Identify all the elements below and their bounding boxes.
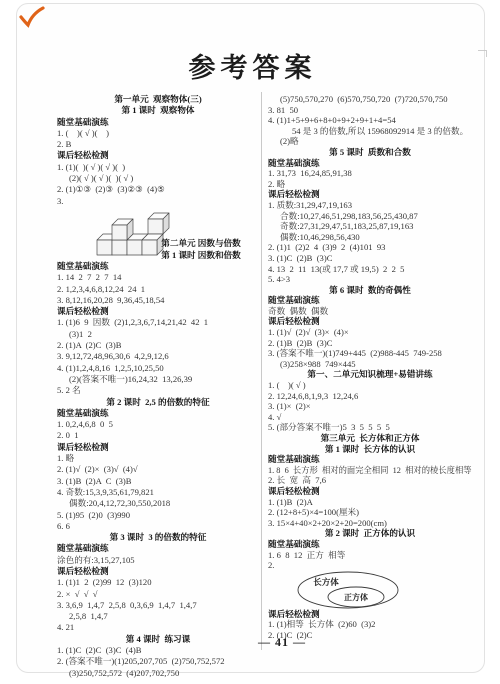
answer-line: 3. 15×4+40×2+20×2+20=200(cm) — [268, 518, 472, 529]
answer-line: 4. (1)1+5+9+6+8+0+9+2+9+1+4=54 — [268, 115, 472, 126]
answer-line: (2)( √ )( √ )( )( √ ) — [57, 173, 259, 184]
text: 4. (1)1,2,4,8,16 1,2,5,10,25,50 — [57, 363, 164, 374]
text: 偶数:20,4,12,72,30,550,2018 — [69, 498, 170, 509]
lesson-heading: 第一、二单元知识梳理+易错讲练 — [268, 369, 472, 380]
sec-heading: 随堂基础演练 — [57, 117, 259, 128]
answer-line: 1. (1)6 9 因数 (2)1,2,3,6,7,14,21,42 42 1 — [57, 317, 259, 328]
lesson-heading: 第 2 课时 2,5 的倍数的特征 — [57, 397, 259, 408]
answer-line: 2. 0 1 — [57, 430, 259, 441]
answer-line: 3. 8,12,16,20,28 9,36,45,18,54 — [57, 295, 259, 306]
text: 1. (1)6 9 因数 (2)1,2,3,6,7,14,21,42 42 1 — [57, 317, 208, 328]
answer-line: 4. 奇数:15,3,9,35,61,79,821 — [57, 487, 259, 498]
text: 2. (1)√ (2)× (3)√ (4)√ — [57, 464, 138, 475]
text: 2. (1)A (2)C (3)B — [57, 340, 121, 351]
answer-line: 5. (1)95 (2)0 (3)990 — [57, 510, 259, 521]
text: 2. (1)①③ (2)③ (3)②③ (4)⑤ — [57, 184, 165, 195]
answer-line: 1. 略 — [57, 453, 259, 464]
sec-heading: 随堂基础演练 — [268, 158, 472, 169]
text: 随堂基础演练 — [57, 543, 109, 554]
text: 第 2 课时 2,5 的倍数的特征 — [106, 397, 209, 408]
answer-line: 2. 长 宽 高 7,6 — [268, 475, 472, 486]
text: 3. 8,12,16,20,28 9,36,45,18,54 — [57, 295, 164, 306]
text: 第一单元 观察物体(三) — [114, 94, 201, 105]
answer-line: 1. (1)( )( √ )( √ )( ) — [57, 162, 259, 173]
text: 5. 4>3 — [268, 274, 290, 285]
answer-line: 3. 81 50 — [268, 105, 472, 116]
sec-heading: 课后轻松检测 — [57, 306, 259, 317]
lesson-heading: 第 4 课时 练习课 — [57, 634, 259, 645]
answer-line: 1. 8 6 长方形 相对的面完全相同 12 相对的棱长度相等 — [268, 465, 472, 476]
text: 课后轻松检测 — [268, 486, 320, 497]
page-number: — 41 — — [250, 635, 314, 650]
orange-check-mark — [18, 5, 46, 34]
answer-line: 4. √ — [268, 412, 472, 423]
text: 奇数:27,31,29,47,51,183,25,87,19,163 — [280, 221, 413, 232]
text: 第 3 课时 3 的倍数的特征 — [110, 532, 207, 543]
lesson-heading: 第 6 课时 数的奇偶性 — [268, 285, 472, 296]
answer-line: (2)略 — [268, 136, 472, 147]
answer-line: 2. × √ √ √ — [57, 589, 259, 600]
column-divider — [261, 92, 262, 650]
answer-line: 奇数 偶数 偶数 — [268, 306, 472, 317]
text: 第 1 课时 长方体的认识 — [325, 444, 415, 455]
answer-line: 涂色的有:3,15,27,105 — [57, 555, 259, 566]
answer-line: 2. (1)A (2)C (3)B — [57, 340, 259, 351]
text: 课后轻松检测 — [57, 442, 109, 453]
venn-figure: 长方体正方体 — [268, 571, 472, 609]
text: 2. (12+8+5)×4=100(厘米) — [268, 507, 359, 518]
answer-line: 6. 6 — [57, 521, 259, 532]
text: 2. 0 1 — [57, 430, 78, 441]
text: 随堂基础演练 — [268, 454, 320, 465]
text: 2. 长 宽 高 7,6 — [268, 475, 326, 486]
text: 3. 81 50 — [268, 105, 298, 116]
text: 2. 12,24,6,8,1,9,3 12,24,6 — [268, 391, 358, 402]
text: 课后轻松检测 — [268, 189, 320, 200]
answer-line: 2. (1)√ (2)× (3)√ (4)√ — [57, 464, 259, 475]
answer-line: 2. B — [57, 139, 259, 150]
text: 1. 14 2 7 2 7 14 — [57, 272, 121, 283]
text: 4. 奇数:15,3,9,35,61,79,821 — [57, 487, 154, 498]
text: 随堂基础演练 — [268, 158, 320, 169]
unit-heading: 第二单元 因数与倍数 — [141, 238, 261, 249]
answers-column-left: 第一单元 观察物体(三)第 1 课时 观察物体随堂基础演练1. ( )( √ )… — [57, 94, 259, 679]
text: 随堂基础演练 — [57, 408, 109, 419]
text: 5. (1)95 (2)0 (3)990 — [57, 510, 130, 521]
answer-line: 3. (1)C (2)B (3)C — [268, 253, 472, 264]
sec-heading: 课后轻松检测 — [268, 189, 472, 200]
answer-line: 2. (答案不唯一)(1)205,207,705 (2)750,752,572 — [57, 656, 259, 667]
text: 第 1 课时 观察物体 — [121, 105, 194, 116]
text: 2. B — [57, 139, 71, 150]
text: 1. 31,73 16,24,85,91,38 — [268, 168, 352, 179]
answer-line: 1. (1)B (2)A — [268, 497, 472, 508]
text: 第 5 课时 质数和合数 — [329, 147, 411, 158]
text: 3. 9,12,72,48,96,30,6 4,2,9,12,6 — [57, 351, 169, 362]
text: 4. √ — [268, 412, 281, 423]
answer-line: 5. 2 名 — [57, 385, 259, 396]
answer-line: 4. 21 — [57, 622, 259, 633]
sec-heading: 随堂基础演练 — [268, 454, 472, 465]
text: (2)( √ )( √ )( )( √ ) — [69, 173, 133, 184]
text: 随堂基础演练 — [268, 295, 320, 306]
text: 课后轻松检测 — [268, 316, 320, 327]
svg-text:长方体: 长方体 — [313, 577, 339, 587]
text: 4. (1)1+5+9+6+8+0+9+2+9+1+4=54 — [268, 115, 396, 126]
answer-line: 3. (1)× (2)× — [268, 401, 472, 412]
text: 合数:10,27,46,51,298,183,56,25,430,87 — [280, 211, 418, 222]
text: 4. 21 — [57, 622, 74, 633]
lesson-heading: 第 2 课时 正方体的认识 — [268, 528, 472, 539]
text: 2. (1)1 (2)2 4 (3)9 2 (4)101 93 — [268, 242, 385, 253]
answer-line: 3. — [57, 196, 259, 207]
sec-heading: 课后轻松检测 — [268, 486, 472, 497]
svg-text:正方体: 正方体 — [344, 592, 368, 602]
answer-line: 1. (1)相等 长方体 (2)60 (3)2 — [268, 619, 472, 630]
text: 1. ( )( √ ) — [268, 380, 306, 391]
answer-line: (2)(答案不唯一)16,24,32 13,26,39 — [57, 374, 259, 385]
answer-line: (3)1 2 — [57, 329, 259, 340]
answer-line: 1. 6 8 12 正方 相等 — [268, 550, 472, 561]
text: 第 4 课时 练习课 — [126, 634, 190, 645]
text: 3. (1)× (2)× — [268, 401, 311, 412]
sec-heading: 随堂基础演练 — [57, 543, 259, 554]
answer-line: 1. ( )( √ )( ) — [57, 128, 259, 139]
text: 3. (1)C (2)B (3)C — [268, 253, 332, 264]
answer-line: 1. 14 2 7 2 7 14 — [57, 272, 259, 283]
answer-line: 4. (1)1,2,4,8,16 1,2,5,10,25,50 — [57, 363, 259, 374]
lesson-heading: 第 5 课时 质数和合数 — [268, 147, 472, 158]
answer-line: 1. (1)√ (2)√ (3)× (4)× — [268, 327, 472, 338]
answer-line: 3. 3,6,9 1,4,7 2,5,8 0,3,6,9 1,4,7 1,4,7 — [57, 600, 259, 611]
answer-line: 2. (1)B (2)B (3)C — [268, 338, 472, 349]
answer-line: 2. (12+8+5)×4=100(厘米) — [268, 507, 472, 518]
answer-line: 2. 1,2,3,4,6,8,12,24 24 1 — [57, 284, 259, 295]
lesson-heading: 第 3 课时 3 的倍数的特征 — [57, 532, 259, 543]
text: 随堂基础演练 — [57, 261, 109, 272]
text: 4. 13 2 11 13(或 17,7 或 19,5) 2 2 5 — [268, 264, 404, 275]
answer-line: 1. 质数:31,29,47,19,163 — [268, 200, 472, 211]
text: 1. (1)相等 长方体 (2)60 (3)2 — [268, 619, 375, 630]
answer-line: 5. 4>3 — [268, 274, 472, 285]
text: 课后轻松检测 — [57, 566, 109, 577]
text: (2)(答案不唯一)16,24,32 13,26,39 — [69, 374, 192, 385]
answer-line: 2. 略 — [268, 179, 472, 190]
text: 1. (1)( )( √ )( √ )( ) — [57, 162, 125, 173]
sec-heading: 随堂基础演练 — [57, 261, 259, 272]
sec-heading: 课后轻松检测 — [57, 442, 259, 453]
text: 奇数 偶数 偶数 — [268, 306, 328, 317]
answer-line: 偶数:10,46,298,56,430 — [268, 232, 472, 243]
answer-line: 3. 9,12,72,48,96,30,6 4,2,9,12,6 — [57, 351, 259, 362]
lesson-heading: 第 1 课时 因数和倍数 — [141, 250, 261, 261]
text: (2)略 — [280, 136, 299, 147]
text: 第 2 课时 正方体的认识 — [325, 528, 415, 539]
answer-line: 偶数:20,4,12,72,30,550,2018 — [57, 498, 259, 509]
answer-line: (3)258×988 749×445 — [268, 359, 472, 370]
text: 54 是 3 的倍数,所以 15968092914 是 3 的倍数。 — [292, 126, 468, 137]
answer-line: 1. (1)1 2 (2)99 12 (3)120 — [57, 577, 259, 588]
text: 偶数:10,46,298,56,430 — [280, 232, 360, 243]
page-title: 参考答案 — [0, 46, 500, 85]
answer-line: 5. (部分答案不唯一)5 3 5 5 5 5 — [268, 422, 472, 433]
text: 随堂基础演练 — [57, 117, 109, 128]
text: (3)258×988 749×445 — [280, 359, 356, 370]
answer-line: 2. (1)1 (2)2 4 (3)9 2 (4)101 93 — [268, 242, 472, 253]
cubes-figure: 第二单元 因数与倍数第 1 课时 因数和倍数 — [57, 207, 259, 261]
text: 3. 15×4+40×2+20×2+20=200(cm) — [268, 518, 387, 529]
answer-line: (3)250,752,572 (4)207,702,750 — [57, 668, 259, 679]
unit-2-headings: 第二单元 因数与倍数第 1 课时 因数和倍数 — [141, 238, 261, 261]
text: 随堂基础演练 — [268, 539, 320, 550]
text: 5. (部分答案不唯一)5 3 5 5 5 5 — [268, 422, 390, 433]
text: 1. (1)C (2)C (3)C (4)B — [57, 645, 142, 656]
text: 1. (1)√ (2)√ (3)× (4)× — [268, 327, 349, 338]
answer-line: 3. (答案不唯一)(1)749+445 (2)988-445 749-258 — [268, 348, 472, 359]
text: (5)750,570,270 (6)570,750,720 (7)720,570… — [280, 94, 448, 105]
text: 1. (1)B (2)A — [268, 497, 313, 508]
text: 第三单元 长方体和正方体 — [321, 433, 420, 444]
text: 课后轻松检测 — [57, 150, 109, 161]
text: 1. (1)1 2 (2)99 12 (3)120 — [57, 577, 152, 588]
text: 2. 1,2,3,4,6,8,12,24 24 1 — [57, 284, 145, 295]
answer-line: 合数:10,27,46,51,298,183,56,25,430,87 — [268, 211, 472, 222]
text: 1. 0,2,4,6,8 0 5 — [57, 419, 113, 430]
text: 1. 略 — [57, 453, 74, 464]
text: 课后轻松检测 — [57, 306, 109, 317]
text: (3)250,752,572 (4)207,702,750 — [69, 668, 179, 679]
answer-line: 4. 13 2 11 13(或 17,7 或 19,5) 2 2 5 — [268, 264, 472, 275]
answers-column-right: (5)750,570,270 (6)570,750,720 (7)720,570… — [268, 94, 472, 641]
text: 涂色的有:3,15,27,105 — [57, 555, 135, 566]
answer-line: 1. 31,73 16,24,85,91,38 — [268, 168, 472, 179]
text: 第一、二单元知识梳理+易错讲练 — [307, 369, 432, 380]
sec-heading: 随堂基础演练 — [268, 295, 472, 306]
text: 1. 质数:31,29,47,19,163 — [268, 200, 352, 211]
text: 3. 3,6,9 1,4,7 2,5,8 0,3,6,9 1,4,7 1,4,7 — [57, 600, 197, 611]
text: 6. 6 — [57, 521, 70, 532]
text: 2. × √ √ √ — [57, 589, 97, 600]
sec-heading: 课后轻松检测 — [57, 566, 259, 577]
lesson-heading: 第 1 课时 观察物体 — [57, 105, 259, 116]
sec-heading: 随堂基础演练 — [268, 539, 472, 550]
text: 1. 8 6 长方形 相对的面完全相同 12 相对的棱长度相等 — [268, 465, 472, 476]
text: 3. (答案不唯一)(1)749+445 (2)988-445 749-258 — [268, 348, 442, 359]
text: 3. (1)B (2)A C (3)B — [57, 476, 131, 487]
text: 2,5,8 1,4,7 — [69, 611, 108, 622]
text: 1. ( )( √ )( ) — [57, 128, 109, 139]
answer-line: 3. (1)B (2)A C (3)B — [57, 476, 259, 487]
answer-line: (5)750,570,270 (6)570,750,720 (7)720,570… — [268, 94, 472, 105]
text: 2. (1)B (2)B (3)C — [268, 338, 332, 349]
text: 第 6 课时 数的奇偶性 — [329, 285, 411, 296]
text: (3)1 2 — [69, 329, 92, 340]
answer-line: 奇数:27,31,29,47,51,183,25,87,19,163 — [268, 221, 472, 232]
answer-line: 1. (1)C (2)C (3)C (4)B — [57, 645, 259, 656]
answer-line: 1. ( )( √ ) — [268, 380, 472, 391]
text: 1. 6 8 12 正方 相等 — [268, 550, 345, 561]
text: 2. 略 — [268, 179, 285, 190]
unit-heading: 第一单元 观察物体(三) — [57, 94, 259, 105]
answer-line: 2,5,8 1,4,7 — [57, 611, 259, 622]
unit-heading: 第三单元 长方体和正方体 — [268, 433, 472, 444]
lesson-heading: 第 1 课时 长方体的认识 — [268, 444, 472, 455]
sec-heading: 课后轻松检测 — [268, 316, 472, 327]
answer-line: 2. 12,24,6,8,1,9,3 12,24,6 — [268, 391, 472, 402]
sec-heading: 随堂基础演练 — [57, 408, 259, 419]
text: 5. 2 名 — [57, 385, 81, 396]
answer-line: 54 是 3 的倍数,所以 15968092914 是 3 的倍数。 — [268, 126, 472, 137]
answer-line: 1. 0,2,4,6,8 0 5 — [57, 419, 259, 430]
answer-line: 2. (1)①③ (2)③ (3)②③ (4)⑤ — [57, 184, 259, 195]
text: 2. — [268, 560, 274, 571]
text: 2. (答案不唯一)(1)205,207,705 (2)750,752,572 — [57, 656, 225, 667]
text: 3. — [57, 196, 63, 207]
answer-line: 2. — [268, 560, 472, 571]
sec-heading: 课后轻松检测 — [57, 150, 259, 161]
